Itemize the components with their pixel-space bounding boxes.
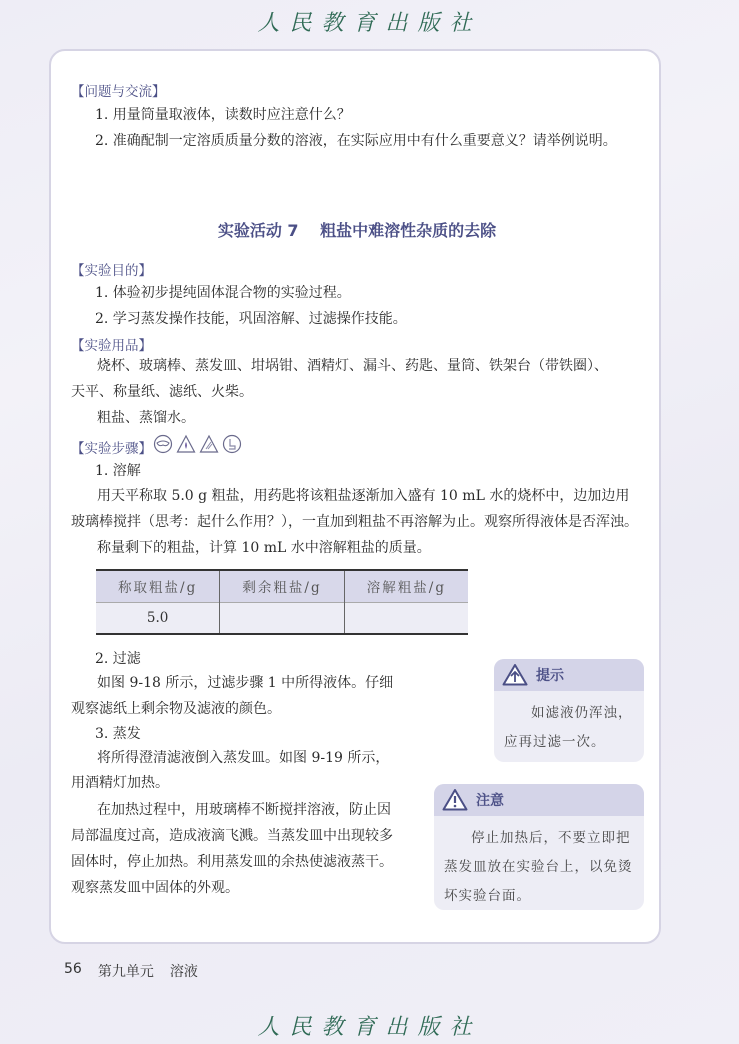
table-row: 5.0 [96,602,468,634]
step1-line-1: 用天平称取 5.0 g 粗盐，用药匙将该粗盐逐渐加入盛有 10 mL 水的烧杯中… [97,486,629,506]
step3-line-2: 用酒精灯加热。 [71,773,169,793]
step3-line-1: 将所得澄清滤液倒入蒸发皿。如图 9-19 所示， [97,748,389,768]
flame-warning-icon [176,434,196,454]
tip-box-text: 如滤液仍浑浊，应再过滤一次。 [504,699,634,757]
purpose-item-2: 2. 学习蒸发操作技能，巩固溶解、过滤操作技能。 [95,309,407,329]
tip-box-body: 如滤液仍浑浊，应再过滤一次。 [494,691,644,762]
page-footer: 56 第九单元 溶液 [64,961,198,981]
tip-box-header: 提示 [494,659,644,691]
caution-box-title: 注意 [476,790,504,810]
step3-line-5: 固体时，停止加热。利用蒸发皿的余热使滤液蒸干。 [71,852,393,872]
steps-label: 【实验步骤】 [71,437,152,457]
caution-box-body: 停止加热后，不要立即把蒸发皿放在实验台上，以免烫坏实验台面。 [434,816,644,910]
hand-wash-icon [222,434,242,454]
table-cell-dissolved [344,602,468,634]
step3-line-4: 局部温度过高，造成液滴飞溅。当蒸发皿中出现较多 [71,826,393,846]
table-header-weighed: 称取粗盐/g [96,570,220,602]
materials-line-3: 粗盐、蒸馏水。 [97,408,195,428]
publisher-logo-bottom: 人民教育出版社 [0,1010,739,1041]
unit-name: 第九单元 [98,961,154,981]
table-header-dissolved: 溶解粗盐/g [344,570,468,602]
step1-heading: 1. 溶解 [95,461,141,481]
step3-line-6: 观察蒸发皿中固体的外观。 [71,878,239,898]
safety-icons [153,434,242,454]
materials-line-1: 烧杯、玻璃棒、蒸发皿、坩埚钳、酒精灯、漏斗、药匙、量筒、铁架台（带铁圈）、 [97,356,608,376]
step3-line-3: 在加热过程中，用玻璃棒不断搅拌溶液，防止因 [97,800,391,820]
topic-name: 溶液 [170,961,198,981]
step1-line-3: 称量剩下的粗盐，计算 10 mL 水中溶解粗盐的质量。 [97,538,431,558]
salt-mass-table: 称取粗盐/g 剩余粗盐/g 溶解粗盐/g 5.0 [96,569,468,635]
tip-box: 提示 如滤液仍浑浊，应再过滤一次。 [494,659,644,762]
table-cell-weighed: 5.0 [96,602,220,634]
tip-box-title: 提示 [536,665,564,685]
caution-box-header: 注意 [434,784,644,816]
discussion-label: 【问题与交流】 [71,80,166,100]
goggles-icon [153,434,173,454]
materials-line-2: 天平、称量纸、滤纸、火柴。 [71,382,253,402]
publisher-logo-top: 人民教育出版社 [0,6,739,37]
activity-title: 实验活动 7 粗盐中难溶性杂质的去除 [51,218,663,241]
step2-line-2: 观察滤纸上剩余物及滤液的颜色。 [71,699,281,719]
caution-box: 注意 停止加热后，不要立即把蒸发皿放在实验台上，以免烫坏实验台面。 [434,784,644,910]
page-number: 56 [64,961,82,981]
page-card: 【问题与交流】 1. 用量筒量取液体，读数时应注意什么？ 2. 准确配制一定溶质… [49,49,661,944]
step2-line-1: 如图 9-18 所示，过滤步骤 1 中所得液体。仔细 [97,673,393,693]
caution-box-text: 停止加热后，不要立即把蒸发皿放在实验台上，以免烫坏实验台面。 [444,824,634,910]
hot-surface-warning-icon [199,434,219,454]
discussion-item-1: 1. 用量筒量取液体，读数时应注意什么？ [95,105,351,125]
purpose-label: 【实验目的】 [71,259,152,279]
table-header-remaining: 剩余粗盐/g [220,570,345,602]
step2-heading: 2. 过滤 [95,649,141,669]
materials-label: 【实验用品】 [71,334,152,354]
exclamation-triangle-icon [442,788,468,812]
table-cell-remaining [220,602,345,634]
step3-heading: 3. 蒸发 [95,724,141,744]
step1-line-2: 玻璃棒搅拌（思考：起什么作用？），一直加到粗盐不再溶解为止。观察所得液体是否浑浊… [71,512,638,532]
discussion-item-2: 2. 准确配制一定溶质质量分数的溶液，在实际应用中有什么重要意义？请举例说明。 [95,131,617,151]
arrow-up-triangle-icon [502,663,528,687]
purpose-item-1: 1. 体验初步提纯固体混合物的实验过程。 [95,283,351,303]
